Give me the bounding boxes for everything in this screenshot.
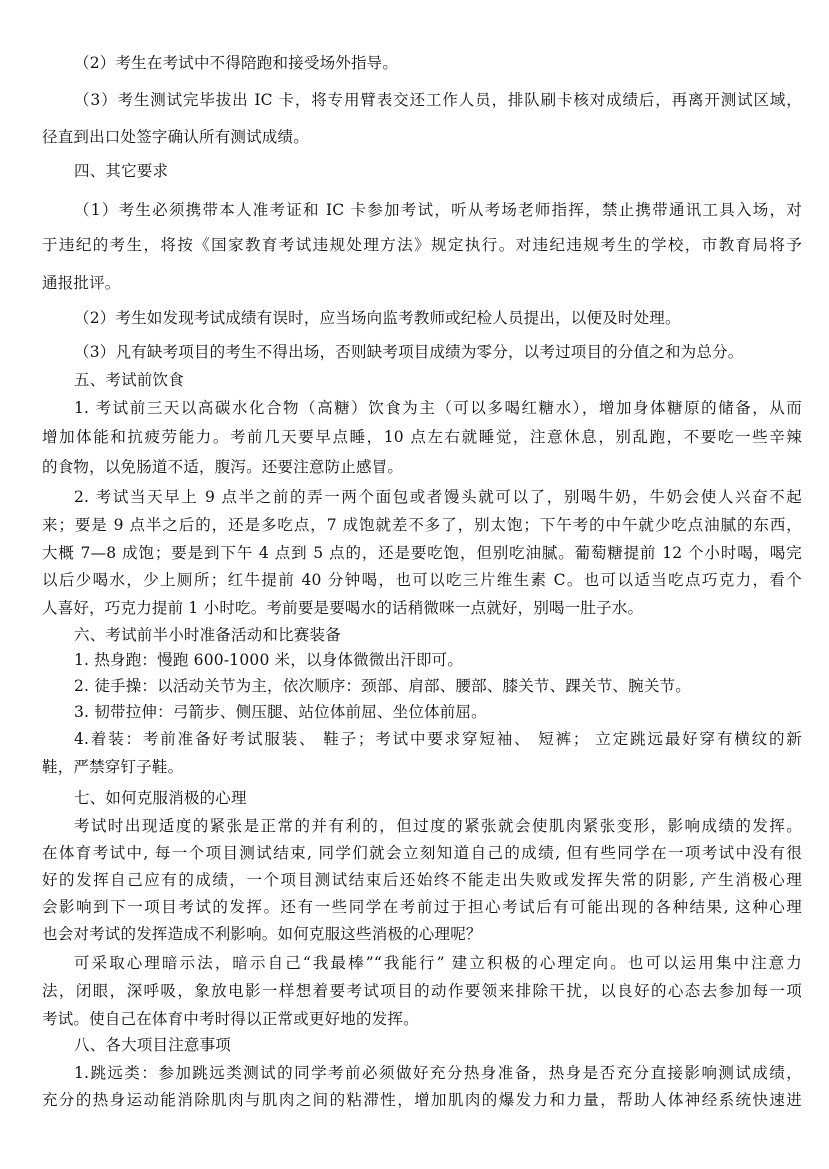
text-line: （1）考生必须携带本人准考证和 IC 卡参加考试，听从考场老师指挥，禁止携带通讯…	[74, 200, 802, 220]
text-line: 人喜好，巧克力提前 1 小时吃。考前要是要喝水的话稍微咪一点就好，别喝一肚子水。	[42, 598, 802, 618]
text-line: （2）考生如发现考试成绩有误时，应当场向监考教师或纪检人员提出，以便及时处理。	[74, 308, 802, 328]
section-heading: 五、考试前饮食	[74, 370, 829, 390]
text-line: 通报批评。	[42, 273, 802, 293]
section-heading: 2. 徒手操：以活动关节为主，依次顺序：颈部、肩部、腰部、膝关节、踝关节、腕关节…	[74, 676, 829, 696]
section-heading: 六、考试前半小时准备活动和比赛装备	[74, 625, 829, 645]
text-line: 考试时出现适度的紧张是正常的并有利的，但过度的紧张就会使肌肉紧张变形，影响成绩的…	[74, 816, 802, 836]
text-line: 考试。使自己在体育中考时得以正常或更好地的发挥。	[42, 1009, 802, 1029]
text-line: 充分的热身运动能消除肌肉与肌肉之间的粘滞性，增加肌肉的爆发力和力量，帮助人体神经…	[42, 1090, 802, 1110]
section-heading: 七、如何克服消极的心理	[74, 788, 829, 808]
section-heading: 1. 热身跑：慢跑 600-1000 米，以身体微微出汗即可。	[74, 650, 829, 670]
text-line: 鞋，严禁穿钉子鞋。	[42, 757, 802, 777]
text-line: 可采取心理暗示法，暗示自己“我最棒”“我能行” 建立积极的心理定向。也可以运用集…	[74, 953, 802, 973]
text-line: 在体育考试中, 每一个项目测试结束, 同学们就会立刻知道自己的成绩, 但有些同学…	[42, 843, 802, 863]
section-heading: 四、其它要求	[74, 161, 829, 181]
text-line: 会影响到下一项目考试的发挥。还有一些同学在考前过于担心考试后有可能出现的各种结果…	[42, 897, 802, 917]
text-line: 大概 7—8 成饱；要是到下午 4 点到 5 点的，还是要吃饱，但别吃油腻。葡萄…	[42, 543, 802, 563]
text-line: 好的发挥自己应有的成绩，一个项目测试结束后还始终不能走出失败或发挥失常的阴影, …	[42, 870, 802, 890]
text-line: 1.跳远类：参加跳远类测试的同学考前必须做好充分热身准备，热身是否充分直接影响测…	[74, 1063, 802, 1083]
text-line: 径直到出口处签字确认所有测试成绩。	[42, 127, 802, 147]
text-line: 法，闭眼，深呼吸，象放电影一样想着要考试项目的动作要领来排除干扰，以良好的心态去…	[42, 981, 802, 1001]
text-line: 也会对考试的发挥造成不利影响。如何克服这些消极的心理呢？	[42, 924, 802, 944]
text-line: 1. 考试前三天以高碳水化合物（高糖）饮食为主（可以多喝红糖水），增加身体糖原的…	[74, 398, 802, 418]
text-line: 来；要是 9 点半之后的，还是多吃点，7 成饱就差不多了，别太饱；下午考的中午就…	[42, 515, 802, 535]
text-line: 4.着装：考前准备好考试服装、 鞋子；考试中要求穿短袖、 短裤； 立定跳远最好穿…	[74, 729, 802, 749]
text-line: （2）考生在考试中不得陪跑和接受场外指导。	[74, 53, 802, 73]
text-line: 2. 考试当天早上 9 点半之前的弄一两个面包或者馒头就可以了，别喝牛奶，牛奶会…	[74, 487, 802, 507]
text-line: 增加体能和抗疲劳能力。考前几天要早点睡，10 点左右就睡觉，注意休息，别乱跑，不…	[42, 427, 802, 447]
section-heading: 3. 韧带拉伸：弓箭步、侧压腿、站位体前屈、坐位体前屈。	[74, 702, 829, 722]
section-heading: 八、各大项目注意事项	[74, 1035, 829, 1055]
text-line: （3）凡有缺考项目的考生不得出场，否则缺考项目成绩为零分，以考过项目的分值之和为…	[74, 342, 802, 362]
text-line: 以后少喝水，少上厕所；红牛提前 40 分钟喝，也可以吃三片维生素 C。也可以适当…	[42, 570, 802, 590]
text-line: （3）考生测试完毕拔出 IC 卡，将专用臂表交还工作人员，排队刷卡核对成绩后，再…	[74, 90, 802, 110]
text-line: 的食物，以免肠道不适，腹泻。还要注意防止感冒。	[42, 457, 802, 477]
text-line: 于违纪的考生，将按《国家教育考试违规处理方法》规定执行。对违纪违规考生的学校，市…	[42, 235, 802, 255]
